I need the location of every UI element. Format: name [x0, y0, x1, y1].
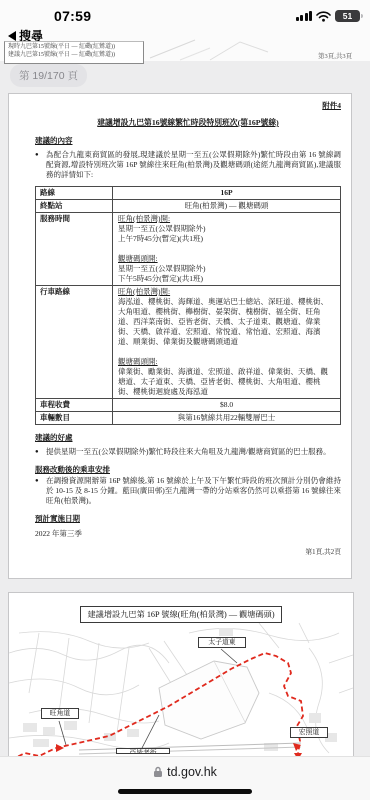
table-value-cell: 旺角(柏景灣)開:星期一至五(公眾假期除外)上午7時45分(暫定)(共1班) 觀…: [113, 213, 340, 285]
clock-label: 07:59: [54, 8, 91, 24]
map-title: 建議增設九巴第 16P 號線(旺角(柏景灣) — 觀塘碼頭): [80, 606, 281, 623]
table-label-cell: 車輛數目: [36, 412, 113, 424]
content-paragraph: ● 為配合九龍東商貿區的發展,現建議於星期一至五(公眾假期除外)繁忙時段由第 1…: [35, 150, 341, 180]
table-value-cell: 16P: [113, 187, 340, 199]
section-heading-date: 預計實施日期: [35, 514, 341, 524]
attachment-label: 附件4: [35, 101, 341, 111]
table-row: 服務時間旺角(柏景灣)開:星期一至五(公眾假期除外)上午7時45分(暫定)(共1…: [36, 212, 340, 285]
map-label-box: 宏照道: [290, 727, 328, 738]
previous-page-footer: 第3頁,共3頁: [318, 51, 352, 60]
arrangement-paragraph: ● 在調撥資源開辦第 16P 號線後,第 16 號線於上午及下午繁忙時段的班次預…: [35, 476, 341, 506]
top-strip: 07:59 51 搜尋 現時九巴第15號線(平日 — 紅磡(紅鸞道)) 建議九巴…: [0, 0, 370, 61]
page1-footer: 第1頁,共2頁: [35, 548, 341, 558]
table-value-cell: 與第16號線共用22輛雙層巴士: [113, 412, 340, 424]
table-row: 終點站旺角(柏景灣) — 觀塘碼頭: [36, 199, 340, 212]
lock-icon: [153, 766, 163, 778]
section-heading-content: 建議的內容: [35, 136, 341, 146]
implementation-date: 2022 年第三季: [35, 529, 341, 539]
bullet-icon: ●: [35, 150, 46, 180]
wifi-icon: [316, 11, 331, 22]
table-label-cell: 終點站: [36, 200, 113, 212]
table-row: 路線16P: [36, 187, 340, 199]
table-row: 行車路線旺角(柏景灣)開:海泓道、櫻桃街、海輝道、奧運站巴士總站、深旺道、櫻桃街…: [36, 285, 340, 398]
table-row: 車輛數目與第16號線共用22輛雙層巴士: [36, 411, 340, 424]
document-page-1: 附件4 建議增設九巴第16號線繁忙時段特別班次(第16P號線) 建議的內容 ● …: [8, 93, 352, 579]
table-label-cell: 車程收費: [36, 399, 113, 411]
page-indicator-badge: 第 19/170 頁: [10, 64, 87, 87]
previous-map-fragment: [140, 38, 270, 62]
legend-line: 現時九巴第15號線(平日 — 紅磡(紅鸞道)): [8, 43, 140, 51]
table-value-cell: 旺角(柏景灣)開:海泓道、櫻桃街、海輝道、奧運站巴士總站、深旺道、櫻桃街、大角咀…: [113, 286, 340, 398]
table-label-cell: 行車路線: [36, 286, 113, 398]
home-indicator[interactable]: [118, 789, 252, 794]
table-value-cell: $8.0: [113, 399, 340, 411]
section-heading-benefits: 建議的好處: [35, 433, 341, 443]
previous-map-legend: 現時九巴第15號線(平日 — 紅磡(紅鸞道)) 建議九巴第15號線(平日 — 紅…: [4, 41, 144, 64]
service-details-table: 路線16P終點站旺角(柏景灣) — 觀塘碼頭服務時間旺角(柏景灣)開:星期一至五…: [35, 186, 341, 425]
table-label-cell: 路線: [36, 187, 113, 199]
address-bar[interactable]: td.gov.hk: [0, 765, 370, 779]
map-label-box: 旺角道: [41, 708, 79, 719]
back-icon: [8, 31, 16, 41]
status-bar: 07:59 51: [0, 0, 370, 26]
section-heading-arrangement: 服務改動後的乘車安排: [35, 465, 341, 475]
table-value-cell: 旺角(柏景灣) — 觀塘碼頭: [113, 200, 340, 212]
map-label-box: 太子道東: [198, 637, 246, 648]
table-label-cell: 服務時間: [36, 213, 113, 285]
url-label: td.gov.hk: [167, 765, 217, 779]
benefits-paragraph: ● 提供星期一至五(公眾假期除外)繁忙時段往來大角咀及九龍灣/觀塘商貿區的巴士服…: [35, 447, 341, 457]
document-title: 建議增設九巴第16號線繁忙時段特別班次(第16P號線): [35, 118, 341, 128]
bullet-icon: ●: [35, 447, 46, 457]
cellular-signal-icon: [296, 11, 313, 21]
map-label-box: 亞皆老街: [116, 748, 170, 754]
legend-line: 建議九巴第15號線(平日 — 紅磡(紅鸞道)): [8, 51, 140, 59]
table-row: 車程收費$8.0: [36, 398, 340, 411]
battery-icon: 51: [335, 10, 360, 22]
bullet-icon: ●: [35, 476, 46, 506]
